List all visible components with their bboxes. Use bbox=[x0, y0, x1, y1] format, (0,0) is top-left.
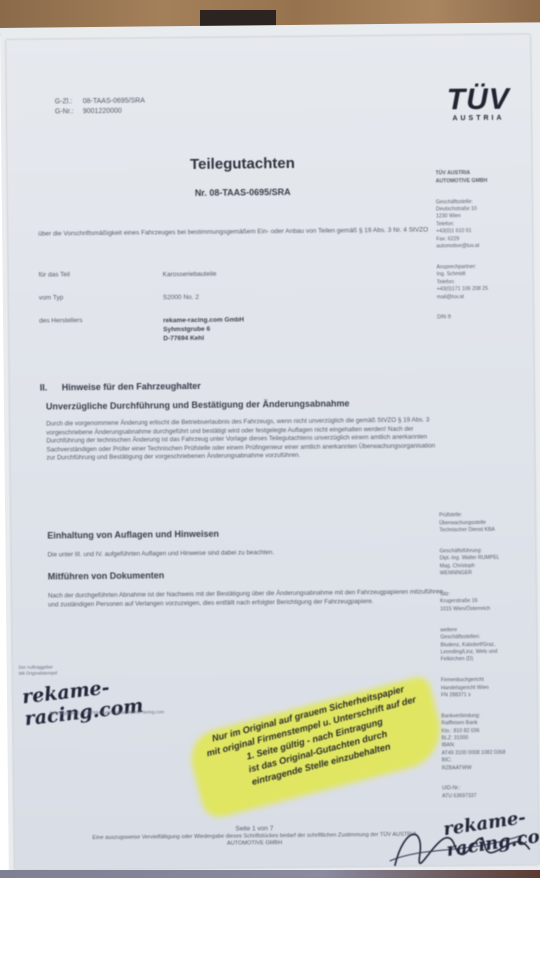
signature: rekame-racing.com bbox=[21, 670, 171, 730]
document-number: Nr. 08-TAAS-0695/SRA bbox=[8, 185, 478, 200]
field-row-part: für das TeilKarosseriebauteile bbox=[39, 268, 419, 281]
subsection-text: Die unter III. und IV. aufgeführten Aufl… bbox=[47, 547, 442, 560]
part-fields: für das TeilKarosseriebauteile vom TypS2… bbox=[39, 268, 420, 359]
subsection-text: Durch die vorgenommene Änderung erlischt… bbox=[46, 416, 441, 463]
company-stamp-left: Der Auftraggeber Mit Originalstempel rek… bbox=[19, 663, 170, 725]
company-stamp-right: rekame-racing.com bbox=[384, 804, 535, 876]
subsection-heading: Einhaltung von Auflagen und Hinweisen bbox=[47, 529, 219, 541]
subsection-text: Nach der durchgeführten Abnahme ist der … bbox=[48, 588, 443, 609]
document-title: Teilegutachten bbox=[7, 153, 477, 175]
logo-subtitle: AUSTRIA bbox=[447, 115, 510, 123]
intro-text: über die Vorschriftsmäßigkeit eines Fahr… bbox=[38, 225, 438, 238]
logo-mark: TÜV bbox=[447, 85, 510, 116]
reference-block: G-Zl.:08-TAAS-0695/SRA G-Nr.:9001220000 bbox=[55, 96, 145, 117]
table-edge bbox=[0, 870, 540, 878]
subsection-heading: Mitführen von Dokumenten bbox=[48, 570, 165, 581]
page-footer: Seite 1 von 7 Eine auszugsweise Vervielf… bbox=[74, 823, 434, 850]
sidebar-contact: TÜV AUSTRIA AUTOMOTIVE GMBH Geschäftsste… bbox=[435, 162, 529, 335]
field-row-manufacturer: des Herstellersrekame-racing.com GmbH Sy… bbox=[39, 314, 419, 345]
reference-row: G-Zl.:08-TAAS-0695/SRA bbox=[55, 96, 145, 107]
tuv-austria-logo: TÜV AUSTRIA bbox=[447, 85, 510, 123]
reference-row: G-Nr.:9001220000 bbox=[55, 106, 145, 117]
copyright-notice: Eine auszugsweise Vervielfältigung oder … bbox=[74, 831, 434, 850]
field-row-type: vom TypS2000 No. 2 bbox=[39, 291, 419, 304]
document-sheet: G-Zl.:08-TAAS-0695/SRA G-Nr.:9001220000 … bbox=[6, 34, 539, 869]
document-photo: G-Zl.:08-TAAS-0695/SRA G-Nr.:9001220000 … bbox=[0, 22, 540, 876]
section-heading: II.Hinweise für den Fahrzeughalter bbox=[40, 381, 201, 393]
subsection-heading: Unverzügliche Durchführung und Bestätigu… bbox=[46, 398, 350, 411]
